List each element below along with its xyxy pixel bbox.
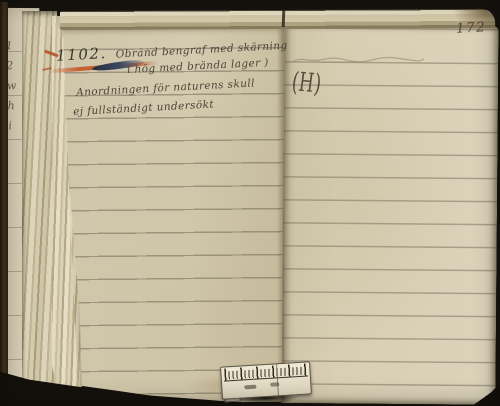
faint-pencil-note [292, 52, 426, 66]
notebook-photo: 1 2 w h i 1102.Obränd bengraf med skärni… [0, 0, 500, 406]
book-cover-edge [0, 2, 8, 374]
ruler-print-smudge [270, 382, 279, 387]
gutter-notch [282, 10, 286, 27]
top-page-edges [60, 9, 495, 30]
note-line-3: Anordningen för naturens skull [76, 77, 255, 98]
page-number: 172 [456, 19, 487, 37]
entry-number: 1102. [56, 44, 107, 65]
ruler-print-smudge [244, 385, 256, 390]
note-line-4: ej fullständigt undersökt [73, 99, 214, 118]
handwritten-note: 1102.Obränd bengraf med skärning i hög m… [54, 31, 319, 139]
scale-ruler [220, 361, 312, 399]
note-closing-mark: (H) [292, 67, 321, 100]
